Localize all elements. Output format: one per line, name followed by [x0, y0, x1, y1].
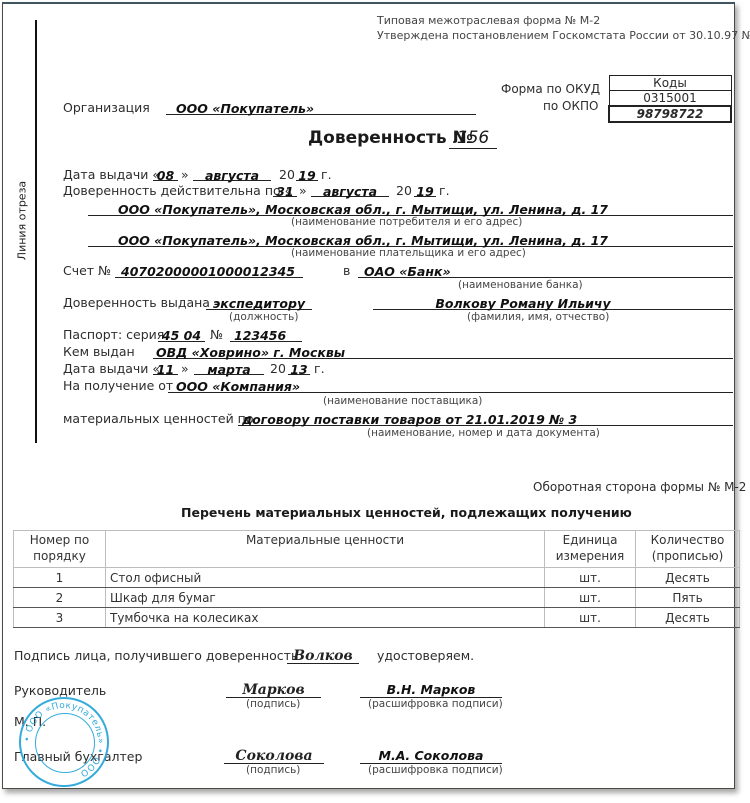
issued-to-label: Доверенность выдана [63, 295, 210, 310]
row-quantity: Десять [636, 608, 740, 628]
year-prefix: 20 [270, 361, 286, 376]
passport-day-field: 11 [153, 359, 178, 375]
valid-until-label: Доверенность действительна по « [63, 183, 292, 198]
issued-by-label: Кем выдан [63, 344, 135, 359]
consumer-field: ООО «Покупатель», Московская обл., г. Мы… [88, 199, 733, 216]
issued-by-field: ОВД «Ховрино» г. Москвы [153, 342, 733, 359]
reverse-side-label: Оборотная сторона формы № М-2 [533, 480, 746, 494]
header-number: Номер по порядку [14, 531, 106, 568]
okud-label: Форма по ОКУД [501, 82, 600, 96]
okud-value: 0315001 [609, 91, 731, 107]
person-name-caption: (фамилия, имя, отчество) [467, 311, 609, 323]
document-number-field: 156 [449, 128, 497, 149]
quote: » [299, 183, 307, 198]
year-suffix: г. [314, 361, 325, 376]
approval-note: Утверждена постановлением Госкомстата Ро… [377, 29, 750, 42]
signature-cert-suffix: удостоверяем. [377, 648, 474, 663]
payer-field: ООО «Покупатель», Московская обл., г. Мы… [88, 230, 733, 247]
document-field: договору поставки товаров от 21.01.2019 … [238, 409, 733, 426]
row-unit: шт. [545, 588, 636, 608]
director-name: В.Н. Марков [360, 679, 502, 698]
position-field: экспедитору [206, 293, 312, 310]
svg-text:• ООО «Покупатель» • ООО: • ООО «Покупатель» • ООО [23, 701, 105, 778]
passport-series-field: 45 04 [158, 325, 205, 342]
passport-label: Паспорт: серия [63, 327, 164, 342]
table-header-row: Номер по порядку Материальные ценности Е… [14, 531, 740, 568]
header-item: Материальные ценности [106, 531, 545, 568]
cut-line-label: Линия отреза [16, 176, 29, 266]
supplier-field: ООО «Компания» [168, 376, 733, 393]
bank-field: ОАО «Банк» [358, 261, 733, 278]
row-quantity: Пять [636, 588, 740, 608]
organization-field: ООО «Покупатель» [166, 98, 476, 115]
account-field: 40702000001000012345 [115, 261, 303, 278]
valid-day-field: 31 [273, 181, 297, 197]
passport-number-field: 123456 [230, 325, 302, 342]
valid-month-field: августа [311, 181, 389, 197]
in-label: в [343, 263, 350, 278]
quote: » [181, 361, 189, 376]
director-name-caption: (расшифровка подписи) [368, 698, 503, 710]
bank-caption: (наименование банка) [458, 279, 583, 291]
passport-date-label: Дата выдачи « [63, 361, 160, 376]
header-quantity: Количество (прописью) [636, 531, 740, 568]
okpo-value: 98798722 [609, 106, 731, 122]
issue-day-field: 08 [153, 165, 178, 181]
signature-cert-label: Подпись лица, получившего доверенность [14, 648, 298, 663]
table-row: 1 Стол офисный шт. Десять [14, 568, 740, 588]
person-name-field: Волкову Роману Ильичу [373, 293, 733, 310]
director-signature-caption: (подпись) [246, 698, 300, 710]
accountant-signature-caption: (подпись) [246, 764, 300, 776]
passport-number-label: № [210, 327, 223, 342]
row-item: Шкаф для бумаг [106, 588, 545, 608]
form-type: Типовая межотраслевая форма № М-2 [377, 14, 600, 27]
issue-year-field: 19 [296, 165, 318, 181]
document-label: материальных ценностей по [63, 411, 254, 426]
accountant-name-caption: (расшифровка подписи) [368, 764, 503, 776]
position-caption: (должность) [229, 311, 298, 323]
cut-line [35, 20, 37, 443]
row-item: Стол офисный [106, 568, 545, 588]
codes-heading: Коды [609, 76, 731, 91]
accountant-name: М.А. Соколова [360, 745, 502, 764]
year-prefix: 20 [279, 167, 295, 182]
stamp-text: • ООО «Покупатель» • ООО [23, 701, 105, 778]
row-number: 2 [14, 588, 106, 608]
passport-year-field: 13 [288, 359, 310, 375]
supplier-caption: (наименование поставщика) [323, 395, 482, 407]
year-prefix: 20 [396, 183, 412, 198]
year-suffix: г. [439, 183, 450, 198]
quote: » [181, 167, 189, 182]
header-unit: Единица измерения [545, 531, 636, 568]
items-table: Номер по порядку Материальные ценности Е… [13, 530, 740, 628]
year-suffix: г. [321, 167, 332, 182]
director-signature: Марков [226, 679, 321, 698]
stamp-text-ring: • ООО «Покупатель» • ООО [19, 697, 109, 787]
receive-from-label: На получение от [63, 378, 173, 393]
accountant-signature: Соколова [224, 745, 324, 764]
valid-year-field: 19 [414, 181, 436, 197]
okpo-label: по ОКПО [543, 99, 598, 113]
row-item: Тумбочка на колесиках [106, 608, 545, 628]
table-row: 3 Тумбочка на колесиках шт. Десять [14, 608, 740, 628]
issue-month-field: августа [193, 165, 271, 181]
company-stamp: • ООО «Покупатель» • ООО [19, 697, 109, 787]
passport-month-field: марта [194, 359, 264, 375]
row-quantity: Десять [636, 568, 740, 588]
document-caption: (наименование, номер и дата документа) [367, 427, 600, 439]
issue-date-label: Дата выдачи « [63, 167, 160, 182]
organization-label: Организация [63, 100, 150, 115]
row-number: 3 [14, 608, 106, 628]
director-label: Руководитель [14, 683, 106, 698]
row-unit: шт. [545, 608, 636, 628]
codes-table: Коды 0315001 98798722 [608, 75, 732, 123]
power-of-attorney-form: Линия отреза Типовая межотраслевая форма… [2, 2, 735, 789]
list-title: Перечень материальных ценностей, подлежа… [181, 505, 632, 520]
account-label: Счет № [63, 263, 111, 278]
payer-caption: (наименование плательщика и его адрес) [291, 247, 526, 259]
consumer-caption: (наименование потребителя и его адрес) [291, 216, 522, 228]
row-number: 1 [14, 568, 106, 588]
row-unit: шт. [545, 568, 636, 588]
recipient-signature: Волков [287, 645, 359, 664]
table-row: 2 Шкаф для бумаг шт. Пять [14, 588, 740, 608]
